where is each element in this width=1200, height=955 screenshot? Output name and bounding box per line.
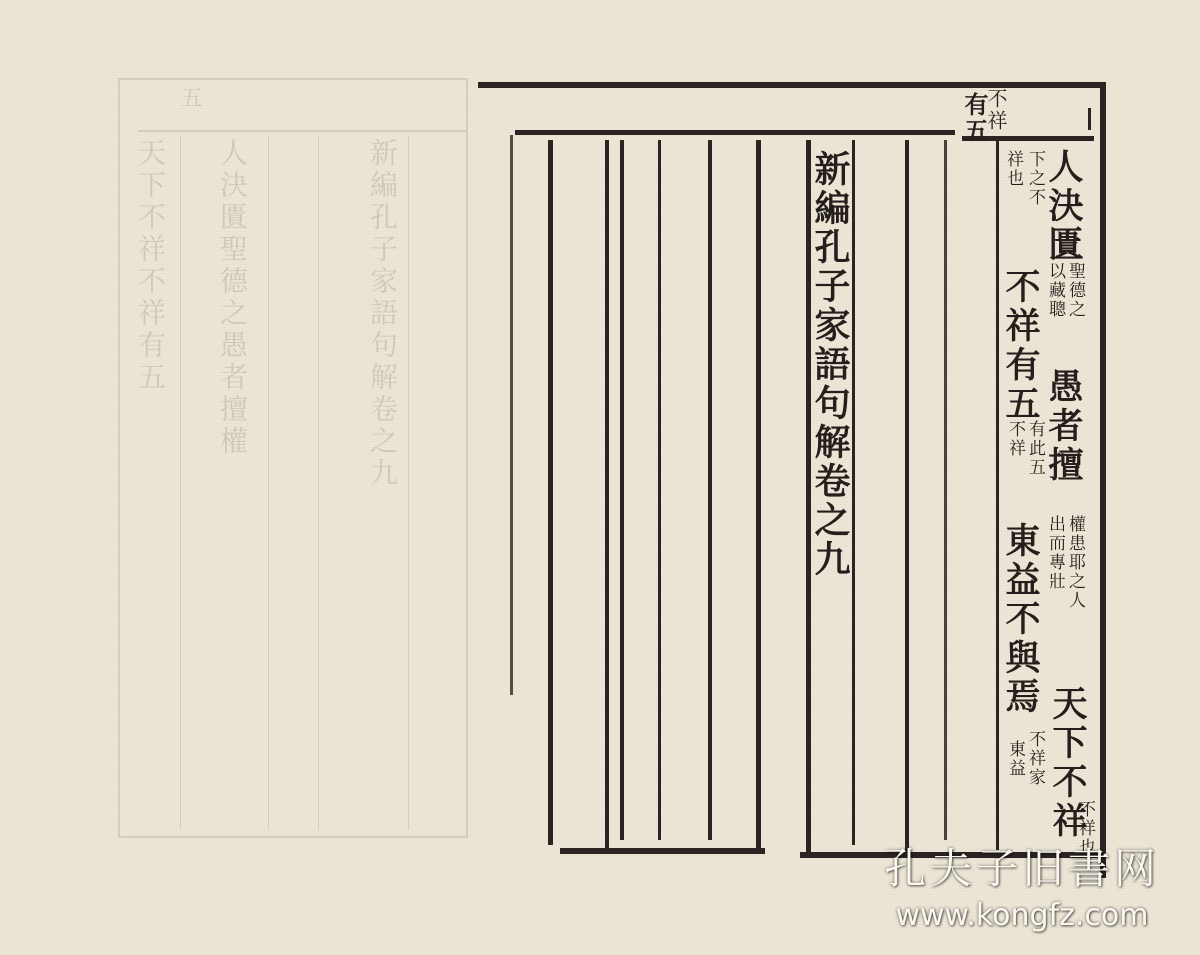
watermark: 孔夫子旧書网 www.kongfz.com [884, 836, 1160, 933]
annotation: 東益 [1006, 740, 1023, 778]
main-text: 不祥有五 [1003, 268, 1038, 424]
annotation: 不祥家 [1026, 730, 1043, 787]
ghost-text: 人決匱聖德之愚者擅權 [218, 138, 246, 458]
margin-label-bottom: 有五 [962, 92, 986, 144]
annotation: 聖德之 [1066, 262, 1083, 319]
ghost-header-rule [138, 130, 468, 132]
annotation: 祥也 [1004, 150, 1021, 188]
right-border [1100, 88, 1106, 878]
ghost-column-rule [180, 136, 181, 830]
ghost-frame [118, 78, 468, 838]
ghost-header: 五 [178, 86, 200, 112]
watermark-site-name: 孔夫子旧書网 [884, 836, 1160, 896]
column-rule [658, 140, 661, 840]
ghost-text: 天下不祥不祥有五 [136, 138, 164, 394]
column-rule [756, 140, 761, 852]
column-rule [510, 135, 513, 695]
header-tick [1088, 108, 1091, 130]
column-rule [852, 140, 855, 845]
annotation: 下之不 [1026, 150, 1043, 207]
watermark-url: www.kongfz.com [884, 898, 1160, 933]
column-rule [620, 140, 624, 840]
column-rule [708, 140, 712, 840]
annotation: 出而專壯 [1046, 515, 1063, 591]
annotation: 權患耶之人 [1066, 515, 1083, 610]
ghost-column-rule [318, 136, 319, 830]
annotation: 有此五 [1026, 420, 1043, 477]
ghost-title: 新編孔子家語句解卷之九 [368, 138, 396, 490]
main-text: 人決匱 [1046, 148, 1081, 265]
column-rule [944, 140, 947, 840]
annotation: 以藏聰 [1046, 262, 1063, 319]
book-page-scan: 天下不祥不祥有五 人決匱聖德之愚者擅權 新編孔子家語句解卷之九 五 不祥 有五 … [0, 0, 1200, 955]
book-title: 新編孔子家語句解卷之九 [812, 150, 848, 579]
header-rule [515, 130, 955, 135]
bottom-border-left [560, 848, 765, 854]
column-rule [605, 140, 609, 850]
main-text: 愚者擅 [1046, 368, 1081, 485]
annotation: 不祥 [1006, 420, 1023, 458]
ghost-column-rule [408, 136, 409, 830]
ghost-left-page: 天下不祥不祥有五 人決匱聖德之愚者擅權 新編孔子家語句解卷之九 五 [118, 78, 468, 838]
column-rule [996, 140, 999, 850]
ghost-column-rule [268, 136, 269, 830]
column-rule [548, 140, 553, 845]
margin-label-top: 不祥 [986, 88, 1006, 132]
main-text: 東益不與焉 [1003, 522, 1038, 717]
top-border [478, 82, 1106, 88]
column-rule [905, 140, 909, 852]
